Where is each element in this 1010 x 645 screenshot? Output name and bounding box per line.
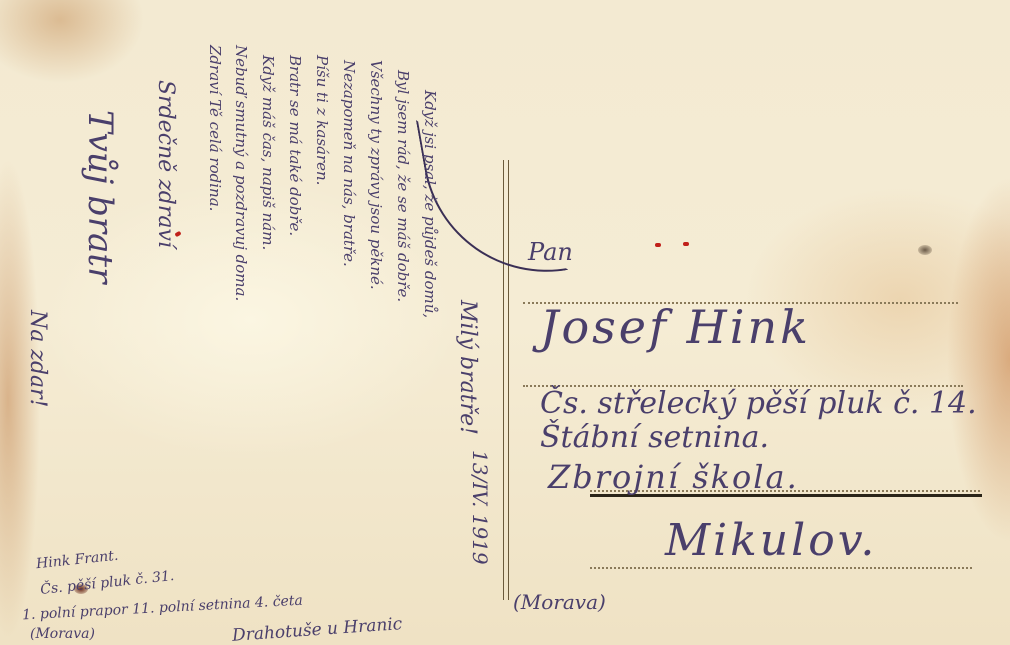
message-greeting: Milý bratře!: [456, 300, 478, 435]
sender-regiment: Čs. pěší pluk č. 31.: [40, 568, 175, 598]
recipient-school: Zbrojní škola.: [548, 458, 799, 496]
sender-name: Hink Frant.: [35, 548, 119, 573]
message-line: Byl jsem rád, že se máš dobře.: [395, 70, 410, 302]
message-line: Píšu ti z kasáren.: [314, 55, 329, 185]
message-line: Všechny ty zprávy jsou pěkné.: [368, 60, 383, 290]
red-ink-mark: [683, 242, 689, 246]
recipient-city: Mikulov.: [665, 515, 877, 566]
ink-blot: [918, 245, 932, 255]
message-line: Nebuď smutný a pozdravuj doma.: [233, 45, 248, 301]
address-rule-4: [590, 567, 972, 569]
red-ink-mark: [655, 243, 661, 247]
recipient-company: Štábní setnina.: [540, 420, 769, 455]
sender-battalion: 1. polní prapor 11. polní setnina 4. čet…: [22, 593, 303, 624]
recipient-name: Josef Hink: [540, 300, 811, 354]
recipient-region: (Morava): [513, 590, 606, 614]
message-line: Zdraví Tě celá rodina.: [207, 45, 222, 211]
message-signature: Tvůj bratr: [80, 110, 120, 283]
message-closing: Srdečně zdraví: [153, 80, 178, 248]
sender-town: Drahotuše u Hranic: [232, 614, 403, 645]
postcard: Pan Josef Hink Čs. střelecký pěší pluk č…: [0, 0, 1010, 645]
message-line: Když jsi psal, že půjdeš domů,: [422, 90, 437, 318]
message-line: Bratr se má také dobře.: [287, 55, 302, 236]
message-line: Nezapomeň na nás, bratře.: [341, 60, 356, 267]
message-postscript: Na zdar!: [25, 310, 50, 408]
recipient-unit: Čs. střelecký pěší pluk č. 14.: [540, 386, 977, 421]
message-date: 13/IV. 1919: [468, 450, 492, 565]
message-line: Když máš čas, napiš nám.: [260, 55, 275, 250]
sender-region: (Morava): [30, 626, 95, 642]
